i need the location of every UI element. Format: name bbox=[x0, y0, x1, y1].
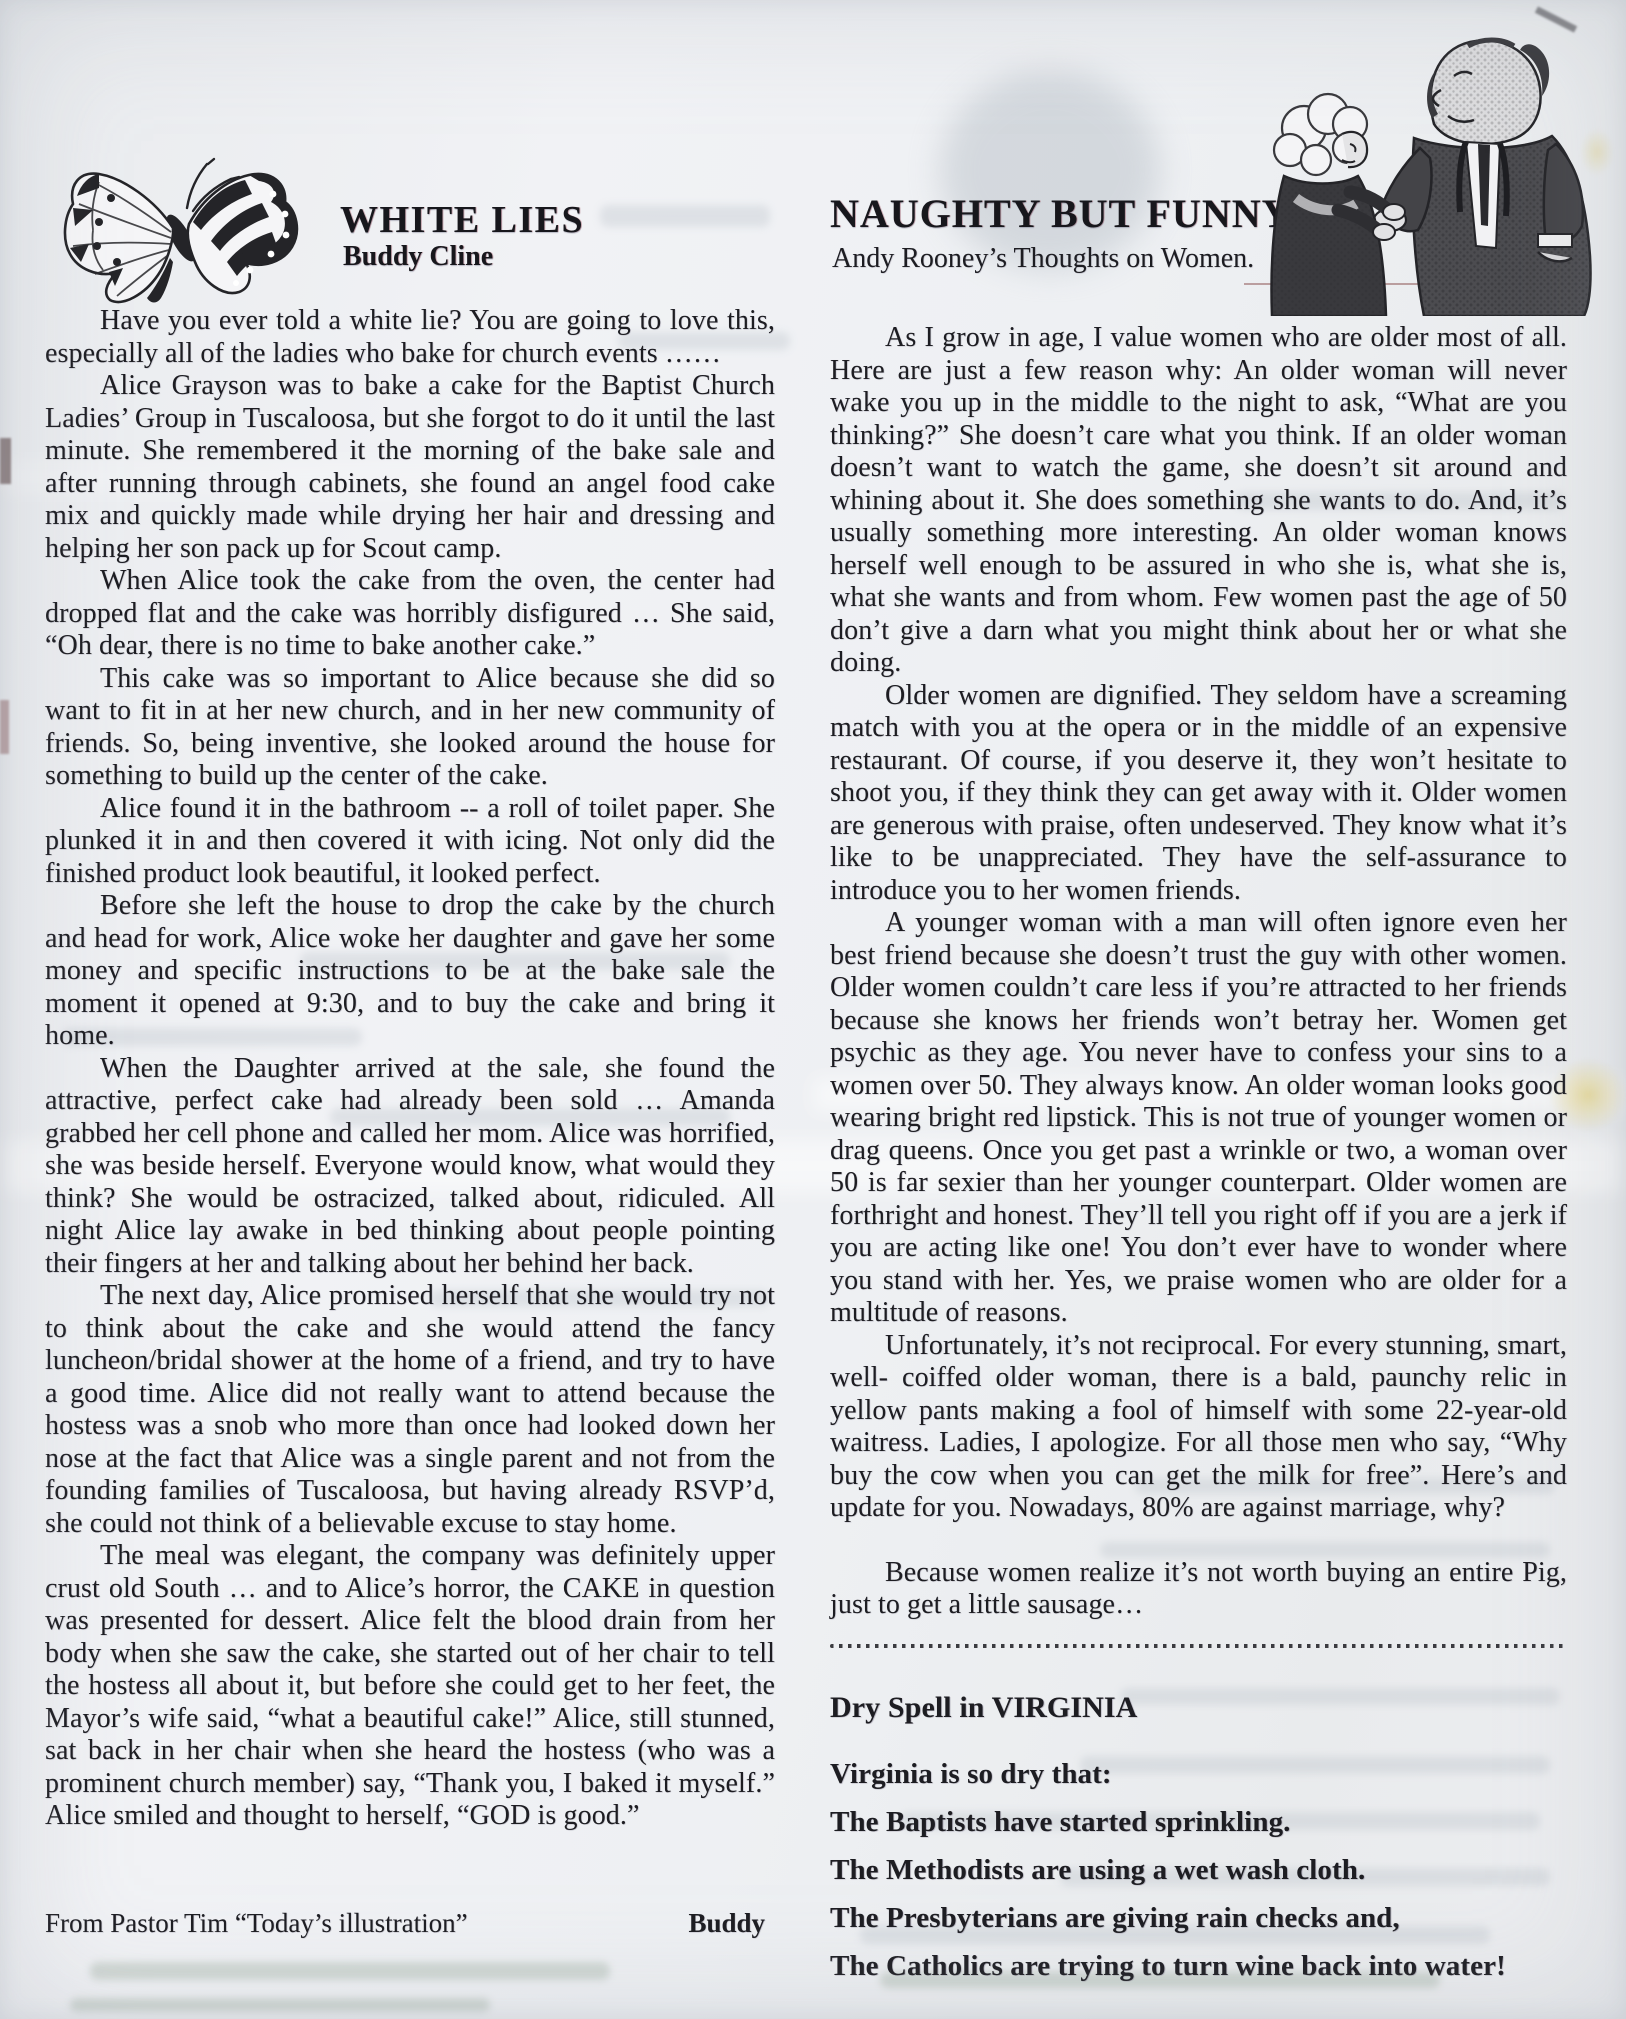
right-article-body: As I grow in age, I value women who are … bbox=[830, 322, 1567, 1990]
paragraph: The meal was elegant, the company was de… bbox=[45, 1540, 775, 1833]
right-article-title: NAUGHTY BUT FUNNY bbox=[830, 190, 1291, 237]
edge-mark bbox=[0, 700, 9, 754]
paragraph: The next day, Alice promised herself tha… bbox=[45, 1280, 775, 1540]
left-article-byline: Buddy Cline bbox=[343, 241, 493, 273]
left-article-footer: From Pastor Tim “Today’s illustration” B… bbox=[45, 1908, 775, 1939]
left-column: WHITE LIES Buddy Cline Have you ever tol… bbox=[45, 0, 775, 2019]
paragraph: Before she left the house to drop the ca… bbox=[45, 890, 775, 1053]
paragraph: When the Daughter arrived at the sale, s… bbox=[45, 1053, 775, 1281]
dry-spell-line: The Baptists have started sprinkling. bbox=[830, 1798, 1567, 1846]
paragraph: As I grow in age, I value women who are … bbox=[830, 322, 1567, 680]
punchline-paragraph: Because women realize it’s not worth buy… bbox=[830, 1557, 1567, 1622]
paragraph: Have you ever told a white lie? You are … bbox=[45, 305, 775, 370]
footer-attribution: From Pastor Tim “Today’s illustration” bbox=[45, 1908, 468, 1939]
footer-signature: Buddy bbox=[688, 1908, 765, 1939]
dotted-divider bbox=[830, 1644, 1567, 1648]
right-article-subtitle: Andy Rooney’s Thoughts on Women. bbox=[832, 243, 1254, 275]
dry-spell-heading: Dry Spell in VIRGINIA bbox=[830, 1692, 1567, 1725]
dry-spell-list: Virginia is so dry that: The Baptists ha… bbox=[830, 1750, 1567, 1990]
edge-mark bbox=[0, 438, 11, 484]
paragraph: Older women are dignified. They seldom h… bbox=[830, 680, 1567, 908]
paragraph: A younger woman with a man will often ig… bbox=[830, 907, 1567, 1330]
dry-spell-line: The Methodists are using a wet wash clot… bbox=[830, 1846, 1567, 1894]
paragraph: Alice Grayson was to bake a cake for the… bbox=[45, 370, 775, 565]
older-couple-illustration bbox=[1238, 16, 1598, 316]
left-article-title: WHITE LIES bbox=[340, 198, 584, 242]
paragraph: Alice found it in the bathroom -- a roll… bbox=[45, 793, 775, 891]
paragraph: When Alice took the cake from the oven, … bbox=[45, 565, 775, 663]
paragraph: Unfortunately, it’s not reciprocal. For … bbox=[830, 1330, 1567, 1525]
paragraph: This cake was so important to Alice beca… bbox=[45, 663, 775, 793]
left-article-body: Have you ever told a white lie? You are … bbox=[45, 305, 775, 1833]
butterfly-illustration bbox=[59, 138, 309, 328]
dry-spell-intro: Virginia is so dry that: bbox=[830, 1750, 1567, 1798]
scanned-newsletter-page: WHITE LIES Buddy Cline Have you ever tol… bbox=[0, 0, 1626, 2019]
dry-spell-line: The Catholics are trying to turn wine ba… bbox=[830, 1942, 1567, 1990]
dry-spell-line: The Presbyterians are giving rain checks… bbox=[830, 1894, 1567, 1942]
